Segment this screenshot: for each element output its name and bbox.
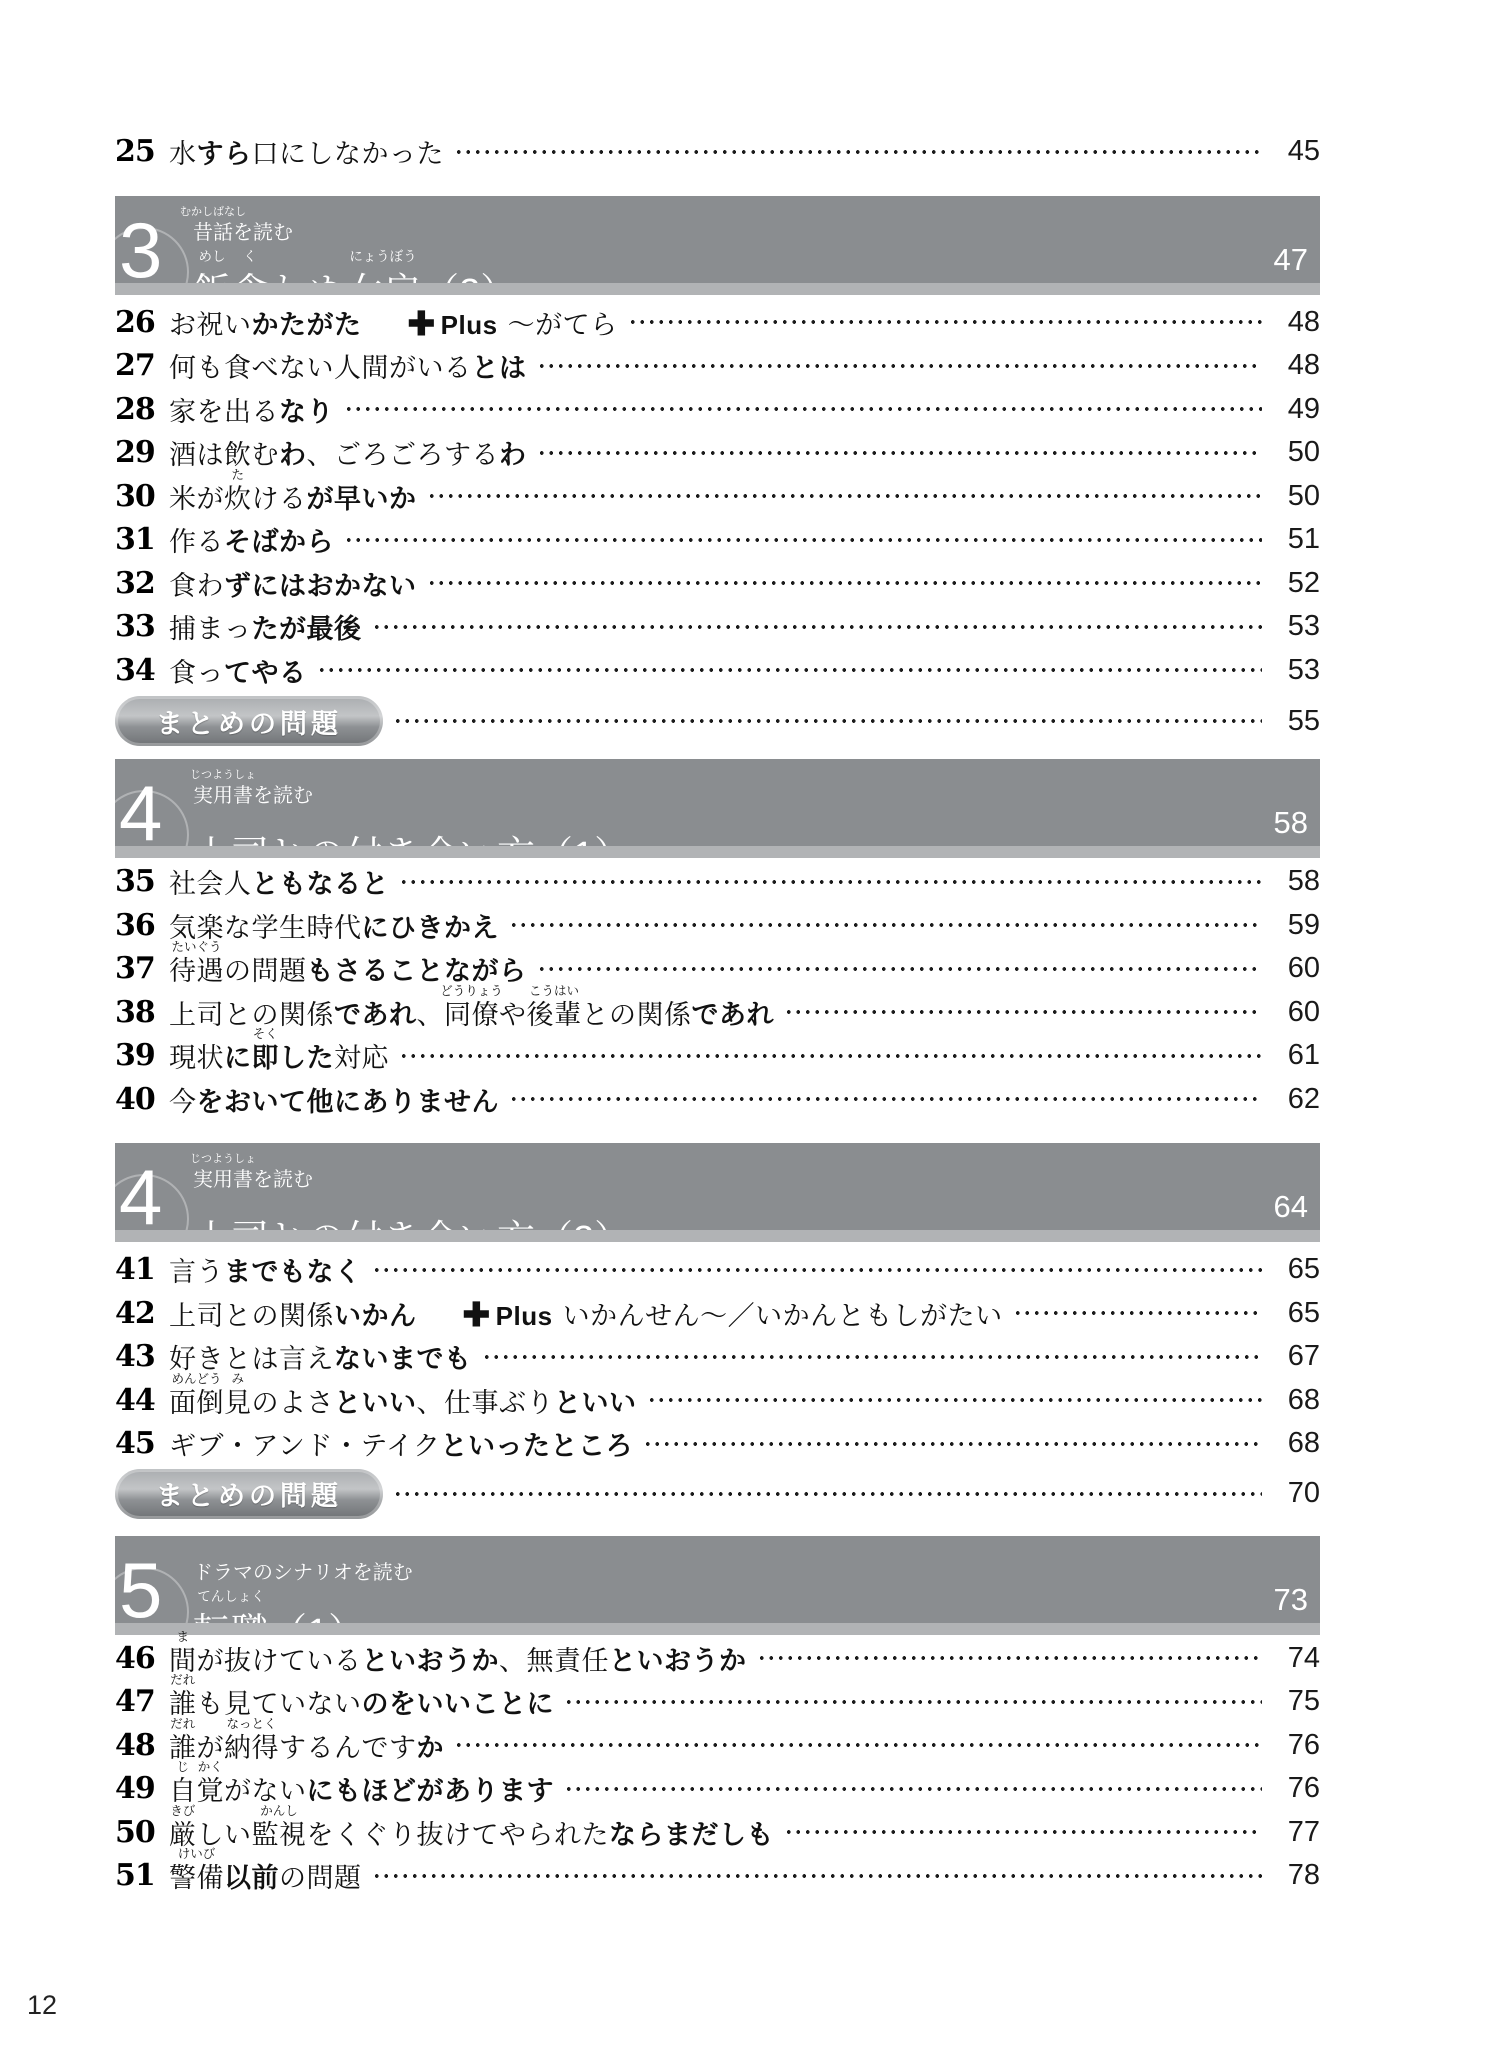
item-number: 40 bbox=[115, 1082, 169, 1117]
page-number: 55 bbox=[1270, 705, 1320, 738]
item-text: 米が炊たけるが早いか bbox=[169, 477, 417, 516]
text-segment: かたがた bbox=[252, 303, 362, 342]
page-number: 68 bbox=[1270, 1384, 1320, 1417]
furigana: てんしょく bbox=[197, 1585, 265, 1605]
text-segment: なり bbox=[279, 390, 334, 429]
text-segment: 覚かく bbox=[197, 1769, 225, 1808]
furigana: く bbox=[243, 245, 257, 265]
dot-leader bbox=[537, 449, 1263, 457]
plus-icon: ✚ bbox=[463, 1295, 491, 1334]
item-text: 家を出るなり bbox=[169, 390, 334, 429]
page-footer-number: 12 bbox=[27, 1990, 57, 2021]
text-segment: 見み bbox=[224, 1381, 252, 1420]
text-segment: ならまだしも bbox=[609, 1813, 774, 1852]
dot-leader bbox=[344, 405, 1262, 413]
page-number: 53 bbox=[1270, 654, 1320, 687]
text-segment: お祝い bbox=[169, 303, 252, 342]
text-segment: 言う bbox=[169, 1250, 224, 1289]
item-text: 自じ覚かくがないにもほどがあります bbox=[169, 1769, 554, 1808]
furigana: じ bbox=[176, 1757, 189, 1775]
section-bar-strip bbox=[115, 283, 1320, 295]
dot-leader bbox=[628, 318, 1262, 326]
text-segment: てやる bbox=[224, 651, 307, 690]
text-segment: わぬ bbox=[269, 261, 345, 283]
item-text: 今をおいて他にありません bbox=[169, 1080, 499, 1119]
text-segment: すら bbox=[197, 132, 252, 171]
text-segment: 後輩こうはい bbox=[527, 993, 582, 1032]
item-number: 51 bbox=[115, 1858, 169, 1893]
item-number: 26 bbox=[115, 305, 169, 340]
toc-list: 25水すら口にしなかった453昔話むかしばなしを読む飯めし食くわぬ女房にょうぼう… bbox=[115, 130, 1320, 1898]
section-text: 実用書じつようしょを読む上司との付き合い方（1） bbox=[115, 759, 632, 846]
text-segment: のよさ bbox=[252, 1381, 335, 1420]
text-segment: 米が bbox=[169, 477, 224, 516]
dot-leader bbox=[454, 148, 1262, 156]
toc-item: 44面倒めんどう見みのよさといい、仕事ぶりといい68 bbox=[115, 1379, 1320, 1423]
item-number: 47 bbox=[115, 1684, 169, 1719]
section-label: 実用書じつようしょを読む bbox=[193, 1163, 632, 1192]
text-segment: 上司との付き合い方（2） bbox=[193, 1208, 632, 1230]
furigana: めし bbox=[199, 245, 226, 265]
furigana: どうりょう bbox=[440, 981, 503, 999]
item-text: 上司との関係いかん✚Plusいかんせん～／いかんともしがたい bbox=[169, 1294, 1003, 1333]
item-text: 何も食べない人間がいるとは bbox=[169, 346, 527, 385]
text-segment: 現状 bbox=[169, 1036, 224, 1075]
dot-leader bbox=[647, 1396, 1263, 1404]
text-segment: 炊た bbox=[224, 477, 252, 516]
page-number: 45 bbox=[1270, 135, 1320, 168]
furigana: じつようしょ bbox=[190, 1150, 256, 1166]
text-segment: 社会人 bbox=[169, 862, 252, 901]
text-segment: ないまでも bbox=[334, 1337, 472, 1376]
text-segment: ドラマのシナリオを読む bbox=[193, 1556, 413, 1585]
item-number: 36 bbox=[115, 908, 169, 943]
text-segment: 酒は飲む bbox=[169, 433, 279, 472]
item-text: 言うまでもなく bbox=[169, 1250, 362, 1289]
page-number: 52 bbox=[1270, 567, 1320, 600]
section-bar: 5ドラマのシナリオを読む転職てんしょく（1）73 bbox=[115, 1536, 1320, 1623]
text-segment: であれ bbox=[692, 993, 775, 1032]
toc-item: 46間まが抜けているといおうか、無責任といおうか74 bbox=[115, 1637, 1320, 1681]
page-number: 67 bbox=[1270, 1340, 1320, 1373]
text-segment: 対応 bbox=[334, 1036, 389, 1075]
text-segment: ともなると bbox=[252, 862, 390, 901]
item-number: 38 bbox=[115, 995, 169, 1030]
furigana: きび bbox=[170, 1801, 195, 1819]
dot-leader bbox=[509, 921, 1262, 929]
text-segment: を読む bbox=[253, 1163, 313, 1192]
toc-item: 41言うまでもなく65 bbox=[115, 1248, 1320, 1292]
toc-item: 37待遇たいぐうの問題もさることながら60 bbox=[115, 947, 1320, 991]
text-segment: 捕まっ bbox=[169, 607, 252, 646]
toc-item: 26お祝いかたがた✚Plus～がてら48 bbox=[115, 301, 1320, 345]
item-number: 31 bbox=[115, 522, 169, 557]
item-text: 社会人ともなると bbox=[169, 862, 389, 901]
text-segment: 納得なっとく bbox=[224, 1726, 279, 1765]
toc-item: 30米が炊たけるが早いか50 bbox=[115, 475, 1320, 519]
item-text: 面倒めんどう見みのよさといい、仕事ぶりといい bbox=[169, 1381, 637, 1420]
text-segment: 実用書じつようしょ bbox=[193, 779, 253, 808]
dot-leader bbox=[509, 1095, 1262, 1103]
text-segment: 、無責任 bbox=[499, 1639, 609, 1678]
text-segment: といい bbox=[334, 1381, 417, 1420]
toc-item: 27何も食べない人間がいるとは48 bbox=[115, 344, 1320, 388]
text-segment: が早いか bbox=[307, 477, 417, 516]
text-segment: 待遇たいぐう bbox=[169, 949, 224, 988]
item-text: お祝いかたがた✚Plus～がてら bbox=[169, 303, 618, 342]
dot-leader bbox=[372, 623, 1263, 631]
page-number: 74 bbox=[1270, 1642, 1320, 1675]
page-number: 68 bbox=[1270, 1427, 1320, 1460]
furigana: そく bbox=[253, 1024, 278, 1042]
section-bar-strip bbox=[115, 1623, 1320, 1635]
text-segment: をくぐり抜けてやられた bbox=[307, 1813, 610, 1852]
text-segment: に bbox=[224, 1036, 252, 1075]
page-number: 76 bbox=[1270, 1729, 1320, 1762]
text-segment: 以前 bbox=[224, 1856, 279, 1895]
section-bar: 3昔話むかしばなしを読む飯めし食くわぬ女房にょうぼう（2）47 bbox=[115, 196, 1320, 283]
text-segment: 、ごろごろする bbox=[307, 433, 500, 472]
dot-leader bbox=[427, 579, 1263, 587]
toc-item: 31作るそばから51 bbox=[115, 518, 1320, 562]
text-segment: といおうか bbox=[609, 1639, 747, 1678]
furigana: かんし bbox=[260, 1801, 298, 1819]
item-number: 48 bbox=[115, 1728, 169, 1763]
section-number: 5 bbox=[119, 1551, 162, 1623]
furigana: た bbox=[231, 465, 244, 483]
toc-item: 32食わずにはおかない52 bbox=[115, 562, 1320, 606]
text-segment: が抜けている bbox=[197, 1639, 362, 1678]
text-segment: わ bbox=[279, 433, 307, 472]
toc-item: 40今をおいて他にありません62 bbox=[115, 1078, 1320, 1122]
page-number: 65 bbox=[1270, 1253, 1320, 1286]
item-number: 34 bbox=[115, 653, 169, 688]
text-segment: といおうか bbox=[362, 1639, 500, 1678]
item-number: 46 bbox=[115, 1641, 169, 1676]
dot-leader bbox=[643, 1440, 1262, 1448]
text-segment: 、仕事ぶり bbox=[417, 1381, 555, 1420]
text-segment: ずにはおかない bbox=[224, 564, 417, 603]
section-text: 実用書じつようしょを読む上司との付き合い方（2） bbox=[115, 1143, 632, 1230]
section-label: 昔話むかしばなしを読む bbox=[193, 216, 518, 245]
section-header: 3昔話むかしばなしを読む飯めし食くわぬ女房にょうぼう（2）47 bbox=[115, 196, 1320, 295]
furigana: けいび bbox=[178, 1844, 216, 1862]
text-segment: か bbox=[417, 1726, 445, 1765]
dot-leader bbox=[757, 1654, 1263, 1662]
item-number: 30 bbox=[115, 479, 169, 514]
text-segment: 転職てんしょく bbox=[193, 1601, 269, 1623]
toc-item: 35社会人ともなると58 bbox=[115, 860, 1320, 904]
dot-leader bbox=[1013, 1309, 1262, 1317]
toc-item: 29酒は飲むわ、ごろごろするわ50 bbox=[115, 431, 1320, 475]
page-number: 60 bbox=[1270, 996, 1320, 1029]
text-segment: を読む bbox=[233, 216, 293, 245]
item-text: 厳きびしい監視かんしをくぐり抜けてやられたならまだしも bbox=[169, 1813, 774, 1852]
item-number: 44 bbox=[115, 1383, 169, 1418]
plus-marker: ✚Plus bbox=[408, 303, 498, 342]
page-number: 60 bbox=[1270, 952, 1320, 985]
text-segment: 警備けいび bbox=[169, 1856, 224, 1895]
dot-leader bbox=[784, 1008, 1262, 1016]
furigana: こうはい bbox=[529, 981, 579, 999]
text-segment: わ bbox=[499, 433, 527, 472]
text-segment: （2） bbox=[421, 261, 518, 283]
section-page-number: 64 bbox=[1274, 1189, 1308, 1225]
section-bar: 4実用書じつようしょを読む上司との付き合い方（1）58 bbox=[115, 759, 1320, 846]
text-segment: 何も食べない人間がいる bbox=[169, 346, 472, 385]
page-number: 50 bbox=[1270, 436, 1320, 469]
text-segment: 作る bbox=[169, 520, 224, 559]
item-text: ギブ・アンド・テイクといったところ bbox=[169, 1424, 633, 1463]
text-segment: 女房にょうぼう bbox=[345, 261, 421, 283]
item-number: 42 bbox=[115, 1296, 169, 1331]
text-segment: 面倒めんどう bbox=[169, 1381, 224, 1420]
furigana: じつようしょ bbox=[190, 766, 256, 782]
page-number: 50 bbox=[1270, 480, 1320, 513]
section-title: 転職てんしょく（1） bbox=[193, 1601, 413, 1623]
text-segment: であれ bbox=[334, 993, 417, 1032]
item-text: 水すら口にしなかった bbox=[169, 132, 444, 171]
furigana: だれ bbox=[170, 1714, 195, 1732]
section-number: 3 bbox=[119, 211, 162, 283]
text-segment: 上司との関係 bbox=[169, 993, 334, 1032]
text-segment: 同僚どうりょう bbox=[444, 993, 499, 1032]
dot-leader bbox=[399, 878, 1262, 886]
text-segment: （1） bbox=[269, 1601, 366, 1623]
toc-item: 38上司との関係であれ、同僚どうりょうや後輩こうはいとの関係であれ60 bbox=[115, 991, 1320, 1035]
text-segment: 家を出る bbox=[169, 390, 279, 429]
text-segment: 食わ bbox=[169, 564, 224, 603]
toc-item: 48誰だれが納得なっとくするんですか76 bbox=[115, 1724, 1320, 1768]
item-number: 25 bbox=[115, 134, 169, 169]
text-segment: たが最後 bbox=[252, 607, 362, 646]
dot-leader bbox=[393, 717, 1262, 725]
furigana: ま bbox=[176, 1627, 189, 1645]
plus-label: Plus bbox=[496, 1301, 553, 1332]
page-number: 78 bbox=[1270, 1859, 1320, 1892]
item-number: 27 bbox=[115, 348, 169, 383]
toc-item: 25水すら口にしなかった45 bbox=[115, 130, 1320, 174]
furigana: だれ bbox=[170, 1670, 195, 1688]
page-number: 76 bbox=[1270, 1772, 1320, 1805]
item-text: 作るそばから bbox=[169, 520, 334, 559]
section-header: 5ドラマのシナリオを読む転職てんしょく（1）73 bbox=[115, 1536, 1320, 1635]
plus-marker: ✚Plus bbox=[463, 1294, 553, 1333]
text-segment: との関係 bbox=[582, 993, 692, 1032]
page-number: 62 bbox=[1270, 1083, 1320, 1116]
text-segment: 上司との関係 bbox=[169, 1294, 334, 1333]
page-number: 49 bbox=[1270, 393, 1320, 426]
toc-item: 39現状に即そくした対応61 bbox=[115, 1034, 1320, 1078]
furigana: たいぐう bbox=[171, 937, 221, 955]
item-number: 37 bbox=[115, 951, 169, 986]
item-number: 50 bbox=[115, 1815, 169, 1850]
section-bar-strip bbox=[115, 1230, 1320, 1242]
dot-leader bbox=[317, 666, 1263, 674]
item-text: 捕まったが最後 bbox=[169, 607, 362, 646]
text-segment: も見ていない bbox=[197, 1682, 362, 1721]
dot-leader bbox=[564, 1698, 1262, 1706]
dot-leader bbox=[454, 1741, 1262, 1749]
text-segment: までもなく bbox=[224, 1250, 362, 1289]
item-text: 酒は飲むわ、ごろごろするわ bbox=[169, 433, 527, 472]
item-number: 29 bbox=[115, 435, 169, 470]
page-number: 51 bbox=[1270, 523, 1320, 556]
section-page-number: 47 bbox=[1274, 242, 1308, 278]
furigana: かく bbox=[198, 1757, 223, 1775]
section-header: 4実用書じつようしょを読む上司との付き合い方（1）58 bbox=[115, 759, 1320, 858]
dot-leader bbox=[399, 1052, 1262, 1060]
text-segment: した bbox=[279, 1036, 334, 1075]
toc-item: 28家を出るなり49 bbox=[115, 388, 1320, 432]
section-page-number: 58 bbox=[1274, 805, 1308, 841]
section-number: 4 bbox=[119, 1158, 162, 1230]
text-segment: のをいいことに bbox=[362, 1682, 555, 1721]
section-bar: 4実用書じつようしょを読む上司との付き合い方（2）64 bbox=[115, 1143, 1320, 1230]
section-text: 昔話むかしばなしを読む飯めし食くわぬ女房にょうぼう（2） bbox=[115, 196, 518, 283]
item-text: 間まが抜けているといおうか、無責任といおうか bbox=[169, 1639, 747, 1678]
dot-leader bbox=[372, 1872, 1263, 1880]
dot-leader bbox=[784, 1828, 1262, 1836]
item-number: 45 bbox=[115, 1426, 169, 1461]
page-number: 65 bbox=[1270, 1297, 1320, 1330]
summary-badge: まとめの問題 bbox=[115, 1469, 383, 1519]
text-segment: をおいて他にありません bbox=[197, 1080, 500, 1119]
page-number: 48 bbox=[1270, 306, 1320, 339]
item-number: 28 bbox=[115, 392, 169, 427]
text-segment: の問題 bbox=[279, 1856, 362, 1895]
text-segment: や bbox=[499, 993, 527, 1032]
furigana: にょうぼう bbox=[349, 245, 416, 265]
item-text: 現状に即そくした対応 bbox=[169, 1036, 389, 1075]
page-number: 70 bbox=[1270, 1477, 1320, 1510]
text-segment: の問題 bbox=[224, 949, 307, 988]
text-segment: 食く bbox=[231, 261, 269, 283]
item-number: 49 bbox=[115, 1771, 169, 1806]
toc-item: 33捕まったが最後53 bbox=[115, 605, 1320, 649]
section-title: 飯めし食くわぬ女房にょうぼう（2） bbox=[193, 261, 518, 283]
text-segment: 即そく bbox=[252, 1036, 280, 1075]
page-number: 48 bbox=[1270, 349, 1320, 382]
text-segment: といったところ bbox=[441, 1424, 634, 1463]
dot-leader bbox=[564, 1785, 1262, 1793]
text-segment: ギブ・アンド・テイク bbox=[169, 1424, 441, 1463]
dot-leader bbox=[393, 1490, 1262, 1498]
item-number: 35 bbox=[115, 864, 169, 899]
text-segment: ける bbox=[252, 477, 307, 516]
dot-leader bbox=[427, 492, 1263, 500]
section-page-number: 73 bbox=[1274, 1582, 1308, 1618]
dot-leader bbox=[482, 1353, 1263, 1361]
text-segment: 監視かんし bbox=[252, 1813, 307, 1852]
page-number: 77 bbox=[1270, 1816, 1320, 1849]
text-segment: 昔話むかしばなし bbox=[193, 216, 233, 245]
summary-badge: まとめの問題 bbox=[115, 696, 383, 746]
section-bar-strip bbox=[115, 846, 1320, 858]
furigana: み bbox=[231, 1369, 244, 1387]
item-text: 警備けいび以前の問題 bbox=[169, 1856, 362, 1895]
dot-leader bbox=[537, 965, 1263, 973]
text-segment: いかん bbox=[334, 1294, 417, 1333]
page-number: 58 bbox=[1270, 865, 1320, 898]
toc-item: 34食ってやる53 bbox=[115, 649, 1320, 693]
text-segment: を読む bbox=[253, 779, 313, 808]
text-segment: ～がてら bbox=[508, 303, 618, 342]
furigana: めんどう bbox=[171, 1369, 221, 1387]
text-segment: 口にしなかった bbox=[252, 132, 445, 171]
page-number: 59 bbox=[1270, 909, 1320, 942]
toc-item: 47誰だれも見ていないのをいいことに75 bbox=[115, 1680, 1320, 1724]
text-segment: 今 bbox=[169, 1080, 197, 1119]
section-label: 実用書じつようしょを読む bbox=[193, 779, 632, 808]
toc-item: 43好きとは言えないまでも67 bbox=[115, 1335, 1320, 1379]
item-text: 食ってやる bbox=[169, 651, 307, 690]
item-number: 41 bbox=[115, 1252, 169, 1287]
item-number: 39 bbox=[115, 1038, 169, 1073]
text-segment: そばから bbox=[224, 520, 334, 559]
text-segment: 実用書じつようしょ bbox=[193, 1163, 253, 1192]
item-text: 食わずにはおかない bbox=[169, 564, 417, 603]
item-number: 33 bbox=[115, 609, 169, 644]
toc-item: 42上司との関係いかん✚Plusいかんせん～／いかんともしがたい65 bbox=[115, 1292, 1320, 1336]
toc-item: 51警備けいび以前の問題78 bbox=[115, 1854, 1320, 1898]
text-segment: 上司との付き合い方（1） bbox=[193, 824, 632, 846]
toc-item: 50厳きびしい監視かんしをくぐり抜けてやられたならまだしも77 bbox=[115, 1811, 1320, 1855]
text-segment: にもほどがあります bbox=[307, 1769, 555, 1808]
text-segment: とは bbox=[472, 346, 527, 385]
dot-leader bbox=[344, 536, 1262, 544]
page-number: 75 bbox=[1270, 1685, 1320, 1718]
text-segment: いかんせん～／いかんともしがたい bbox=[563, 1294, 1003, 1333]
plus-label: Plus bbox=[441, 310, 498, 341]
furigana: なっとく bbox=[226, 1714, 276, 1732]
text-segment: といい bbox=[554, 1381, 637, 1420]
text-segment: 飯めし bbox=[193, 261, 231, 283]
text-segment: するんです bbox=[279, 1726, 417, 1765]
section-number: 4 bbox=[119, 774, 162, 846]
item-number: 32 bbox=[115, 566, 169, 601]
text-segment: 水 bbox=[169, 132, 197, 171]
section-label: ドラマのシナリオを読む bbox=[193, 1556, 413, 1585]
section-header: 4実用書じつようしょを読む上司との付き合い方（2）64 bbox=[115, 1143, 1320, 1242]
section-title: 上司との付き合い方（1） bbox=[193, 824, 632, 846]
summary-row: まとめの問題70 bbox=[115, 1469, 1320, 1519]
section-title: 上司との付き合い方（2） bbox=[193, 1208, 632, 1230]
plus-icon: ✚ bbox=[408, 304, 436, 343]
item-number: 43 bbox=[115, 1339, 169, 1374]
dot-leader bbox=[537, 362, 1263, 370]
text-segment: 食っ bbox=[169, 651, 224, 690]
toc-item: 45ギブ・アンド・テイクといったところ68 bbox=[115, 1422, 1320, 1466]
page-number: 53 bbox=[1270, 610, 1320, 643]
page-number: 61 bbox=[1270, 1039, 1320, 1072]
dot-leader bbox=[372, 1266, 1263, 1274]
toc-item: 36気楽な学生時代にひきかえ59 bbox=[115, 904, 1320, 948]
text-segment: にひきかえ bbox=[362, 906, 500, 945]
summary-row: まとめの問題55 bbox=[115, 696, 1320, 746]
